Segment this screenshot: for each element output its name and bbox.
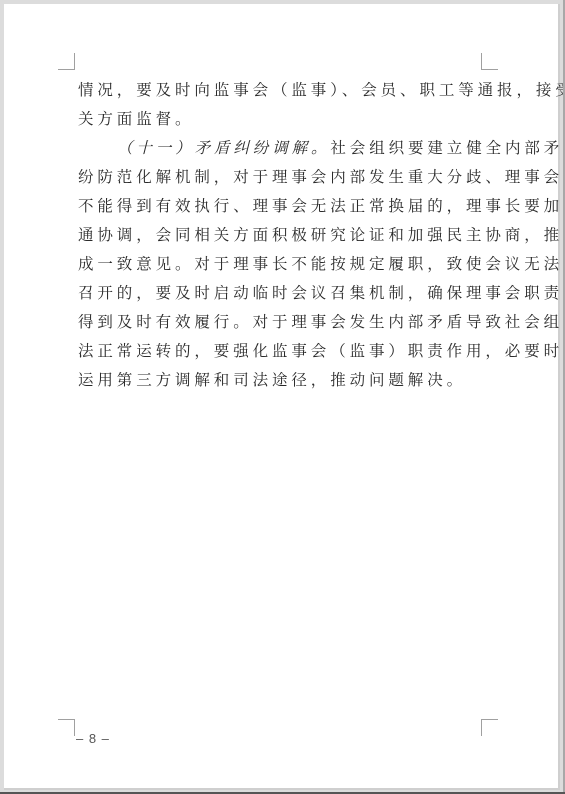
text-line: 运用第三方调解和司法途径，推动问题解决。 bbox=[78, 366, 488, 395]
page-number: – 8 – bbox=[76, 731, 110, 746]
text-line: 不能得到有效执行、理事会无法正常换届的，理事长要加强沟 bbox=[78, 192, 488, 221]
text-line: 成一致意见。对于理事长不能按规定履职，致使会议无法正常 bbox=[78, 250, 488, 279]
text-line: 情况，要及时向监事会（监事）、会员、职工等通报，接受相 bbox=[78, 76, 488, 105]
crop-mark-bottom-right bbox=[481, 719, 498, 736]
text-line: 得到及时有效履行。对于理事会发生内部矛盾导致社会组织无 bbox=[78, 308, 488, 337]
document-body: 情况，要及时向监事会（监事）、会员、职工等通报，接受相 关方面监督。 （十一）矛… bbox=[78, 76, 488, 395]
section-first-line-text: 社会组织要建立健全内部矛盾纠 bbox=[330, 139, 565, 157]
crop-mark-top-right bbox=[481, 53, 498, 70]
text-line: 法正常运转的，要强化监事会（监事）职责作用，必要时综合 bbox=[78, 337, 488, 366]
section-heading: （十一）矛盾纠纷调解。 bbox=[117, 139, 330, 157]
text-line: 通协调，会同相关方面积极研究论证和加强民主协商，推动达 bbox=[78, 221, 488, 250]
text-line: 关方面监督。 bbox=[78, 105, 488, 134]
text-line: 纷防范化解机制，对于理事会内部发生重大分歧、理事会决议 bbox=[78, 163, 488, 192]
text-line: 召开的，要及时启动临时会议召集机制，确保理事会职责能够 bbox=[78, 279, 488, 308]
document-viewport: 情况，要及时向监事会（监事）、会员、职工等通报，接受相 关方面监督。 （十一）矛… bbox=[0, 0, 565, 794]
section-first-line: （十一）矛盾纠纷调解。社会组织要建立健全内部矛盾纠 bbox=[78, 134, 488, 163]
crop-mark-top-left bbox=[58, 53, 75, 70]
crop-mark-bottom-left bbox=[58, 719, 75, 736]
